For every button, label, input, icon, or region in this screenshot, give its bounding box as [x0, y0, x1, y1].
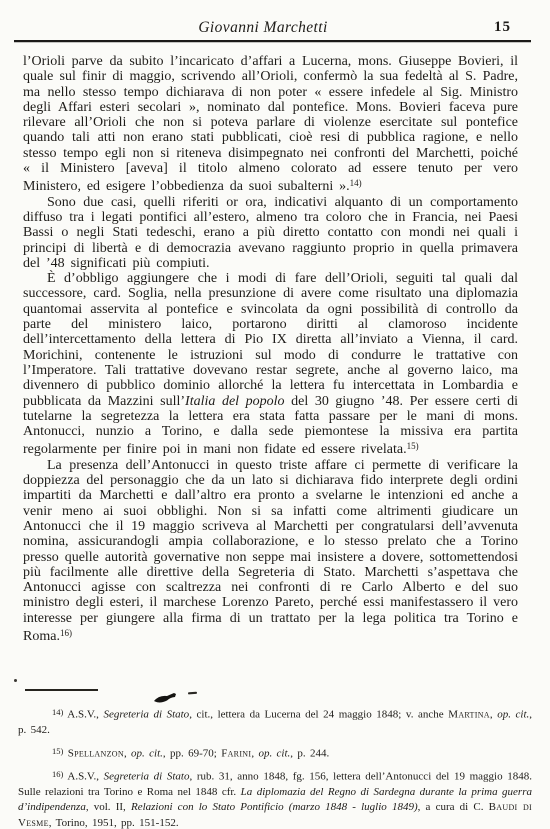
- running-title: Giovanni Marchetti: [0, 19, 526, 37]
- cited-work-title: Segreteria di Stato: [103, 709, 189, 721]
- paragraph-2: Sono due casi, quelli riferiti or ora, i…: [23, 195, 518, 271]
- ink-speck-artifact: [14, 679, 17, 682]
- journal-title-italia-del-popolo: Italia del popolo: [185, 394, 285, 409]
- footnote-15-marker: 15): [52, 746, 63, 756]
- footnotes-block: 14) A.S.V., Segreteria di Stato, cit., l…: [18, 705, 532, 829]
- footnote-14-marker: 14): [52, 707, 63, 717]
- footnote-separator-rule: [25, 689, 98, 691]
- paragraph-3-text: È d’obbligo aggiungere che i modi di far…: [23, 271, 518, 408]
- cited-work-title: Relazioni con lo Stato Pontificio (marzo…: [131, 801, 418, 813]
- paragraph-4-text: La presenza dell’Antonucci in questo tri…: [23, 458, 518, 644]
- footnote-16-marker: 16): [52, 769, 63, 779]
- paragraph-4: La presenza dell’Antonucci in questo tri…: [23, 458, 518, 645]
- paragraph-3: È d’obbligo aggiungere che i modi di far…: [23, 271, 518, 458]
- footnote-ref-14: 14): [350, 178, 362, 188]
- author-name: Martina: [448, 709, 490, 721]
- paragraph-1: l’Orioli parve da subito l’incaricato d’…: [23, 54, 518, 195]
- footnote-ref-15: 15): [407, 441, 419, 451]
- footnote-16: 16) A.S.V., Segreteria di Stato, rub. 31…: [18, 767, 532, 829]
- footnote-15: 15) Spellanzon, op. cit., pp. 69-70; Far…: [18, 744, 532, 762]
- header-rule: [14, 40, 531, 42]
- paragraph-1-text: l’Orioli parve da subito l’incaricato d’…: [23, 54, 518, 194]
- cited-work-title: Segreteria di Stato: [104, 770, 190, 782]
- body-text-block: l’Orioli parve da subito l’incaricato d’…: [23, 54, 518, 644]
- scanned-book-page: Giovanni Marchetti 15 l’Orioli parve da …: [0, 0, 550, 829]
- author-name: Farini: [221, 747, 251, 759]
- page-number: 15: [494, 19, 511, 36]
- footnote-14: 14) A.S.V., Segreteria di Stato, cit., l…: [18, 705, 532, 739]
- author-name: Spellanzon: [68, 747, 124, 759]
- paragraph-2-text: Sono due casi, quelli riferiti or ora, i…: [23, 195, 518, 271]
- footnote-ref-16: 16): [60, 628, 72, 638]
